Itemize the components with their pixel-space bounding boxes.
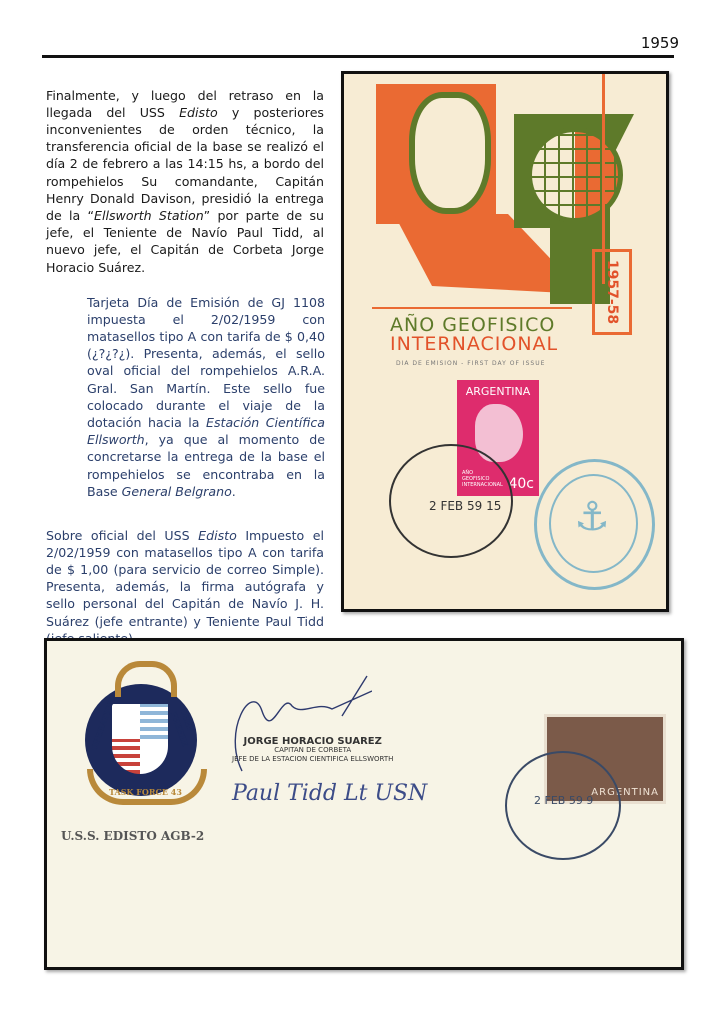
- postmark-date: 2 FEB 59 15: [429, 499, 501, 513]
- anchor-icon: ⚓: [574, 494, 610, 540]
- crest-anchor-ring: [115, 661, 177, 697]
- stamp-value: 40c: [508, 476, 534, 492]
- stamp-country: ARGENTINA: [457, 385, 539, 398]
- globe-icon: [527, 127, 623, 223]
- envelope-image: OPERATION DEEP FREEZE TASK FORCE 43 U.S.…: [44, 638, 684, 970]
- card-subtitle: DIA DE EMISION - FIRST DAY OF ISSUE: [396, 360, 545, 367]
- fdc-card-image: 1957-58 AÑO GEOFISICO INTERNACIONAL DIA …: [341, 71, 669, 612]
- suarez-cachet: JORGE HORACIO SUAREZ CAPITAN DE CORBETA …: [232, 737, 393, 764]
- ship-name: U.S.S. EDISTO AGB-2: [61, 829, 204, 843]
- header-rule: [42, 55, 674, 58]
- card-title-line2: INTERNACIONAL: [344, 333, 666, 355]
- suarez-signature: [222, 671, 372, 781]
- card-caption: Tarjeta Día de Emisión de GJ 1108 impues…: [87, 294, 325, 500]
- crest-text-task-force: TASK FORCE 43: [109, 787, 182, 797]
- cachet-rank: CAPITAN DE CORBETA: [232, 746, 393, 755]
- intro-paragraph: Finalmente, y luego del retraso en la ll…: [46, 87, 324, 276]
- cachet-role: JEFE DE LA ESTACION CIENTIFICA ELLSWORTH: [232, 755, 393, 764]
- envelope-caption: Sobre oficial del USS Edisto Impuesto el…: [46, 527, 324, 647]
- tidd-signature: Paul Tidd Lt USN: [232, 781, 427, 806]
- card-divider: [372, 307, 572, 309]
- operation-deep-freeze-crest: OPERATION DEEP FREEZE TASK FORCE 43: [75, 659, 205, 809]
- page-year: 1959: [641, 34, 679, 52]
- envelope-postmark-date: 2 FEB 59 9: [534, 794, 593, 807]
- scientist-portrait: [409, 92, 491, 214]
- crest-shield: [112, 704, 168, 774]
- cachet-name: JORGE HORACIO SUAREZ: [232, 737, 393, 746]
